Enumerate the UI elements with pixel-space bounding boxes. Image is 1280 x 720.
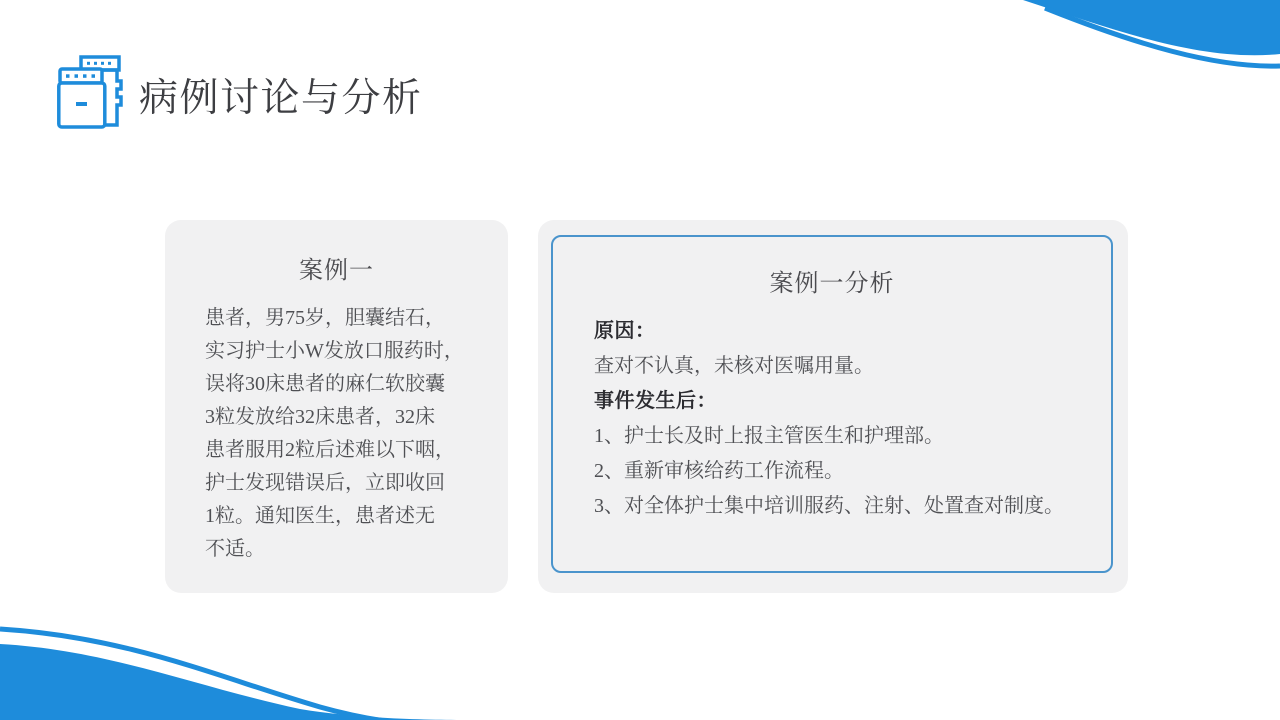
wave-decoration-bottom-left <box>0 620 480 720</box>
analysis-card: 案例一分析 原因： 查对不认真，未核对医嘱用量。 事件发生后： 1、护士长及时上… <box>538 220 1128 593</box>
case-body-line: 护士发现错误后，立即收回 <box>205 467 480 500</box>
wave-decoration-top-right <box>1015 0 1280 82</box>
after-event-label: 事件发生后： <box>594 384 1091 419</box>
after-event-item: 1、护士长及时上报主管医生和护理部。 <box>594 419 1091 454</box>
after-event-item: 3、对全体护士集中培训服药、注射、处置查对制度。 <box>594 489 1091 524</box>
analysis-card-title: 案例一分析 <box>553 237 1111 298</box>
medicine-bottles-icon <box>57 55 123 135</box>
case-body-line: 不适。 <box>205 533 480 566</box>
reason-text: 查对不认真，未核对医嘱用量。 <box>594 349 1091 384</box>
case-body-line: 误将30床患者的麻仁软胶囊 <box>205 368 480 401</box>
case-body-line: 3粒发放给32床患者，32床 <box>205 401 480 434</box>
case-card: 案例一 患者，男75岁，胆囊结石， 实习护士小W发放口服药时， 误将30床患者的… <box>165 220 508 593</box>
page-title: 病例讨论与分析 <box>139 67 423 123</box>
analysis-card-border: 案例一分析 原因： 查对不认真，未核对医嘱用量。 事件发生后： 1、护士长及时上… <box>551 235 1113 573</box>
reason-label: 原因： <box>594 314 1091 349</box>
case-body-line: 患者服用2粒后述难以下咽， <box>205 434 480 467</box>
case-body-line: 患者，男75岁，胆囊结石， <box>205 302 480 335</box>
presentation-slide: 病例讨论与分析 案例一 患者，男75岁，胆囊结石， 实习护士小W发放口服药时， … <box>0 0 1280 720</box>
case-body-line: 实习护士小W发放口服药时， <box>205 335 480 368</box>
case-card-title: 案例一 <box>165 220 508 285</box>
analysis-card-content: 原因： 查对不认真，未核对医嘱用量。 事件发生后： 1、护士长及时上报主管医生和… <box>553 314 1111 524</box>
case-card-body: 患者，男75岁，胆囊结石， 实习护士小W发放口服药时， 误将30床患者的麻仁软胶… <box>165 302 508 566</box>
case-body-line: 1粒。通知医生，患者述无 <box>205 500 480 533</box>
after-event-item: 2、重新审核给药工作流程。 <box>594 454 1091 489</box>
slide-header: 病例讨论与分析 <box>57 54 423 136</box>
